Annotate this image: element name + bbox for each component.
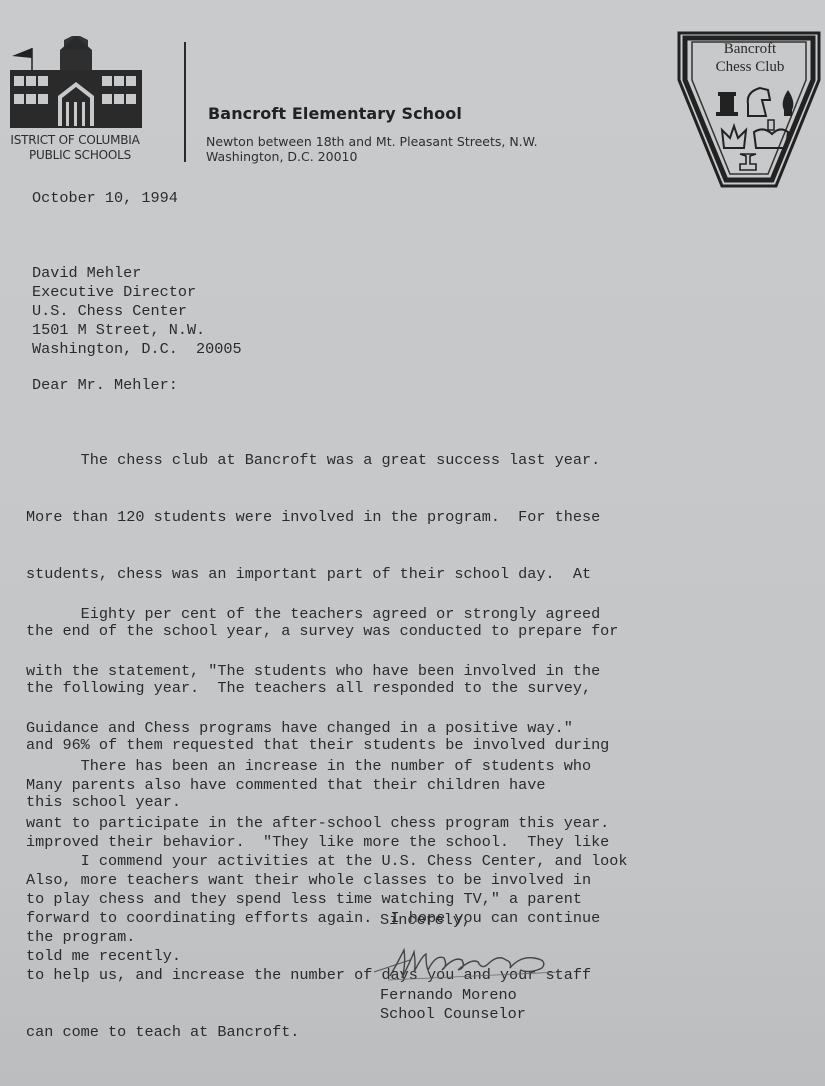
chess-club-title: Bancroft Chess Club — [692, 40, 808, 76]
paragraph-line: can come to teach at Bancroft. — [26, 1023, 816, 1042]
district-name: ISTRICT OF COLUMBIA PUBLIC SCHOOLS — [0, 133, 160, 163]
signature-icon — [370, 942, 570, 988]
badge-title-line-2: Chess Club — [692, 58, 808, 76]
paragraph-line: The chess club at Bancroft was a great s… — [26, 451, 816, 470]
letter-date: October 10, 1994 — [32, 189, 178, 207]
paragraph-line: I commend your activities at the U.S. Ch… — [26, 852, 816, 871]
closing: Sincerely, — [380, 911, 471, 929]
salutation: Dear Mr. Mehler: — [32, 376, 178, 394]
district-line-1: ISTRICT OF COLUMBIA — [0, 133, 160, 148]
paragraph-line: There has been an increase in the number… — [26, 757, 816, 776]
recipient-street: 1501 M Street, N.W. — [32, 321, 242, 340]
paragraph-line: with the statement, "The students who ha… — [26, 662, 816, 681]
recipient-address: David Mehler Executive Director U.S. Che… — [32, 264, 242, 359]
recipient-name: David Mehler — [32, 264, 242, 283]
recipient-title: Executive Director — [32, 283, 242, 302]
school-address-line-1: Newton between 18th and Mt. Pleasant Str… — [206, 134, 538, 149]
school-address-line-2: Washington, D.C. 20010 — [206, 149, 538, 164]
paragraph-line: More than 120 students were involved in … — [26, 508, 816, 527]
paragraph-line: Eighty per cent of the teachers agreed o… — [26, 605, 816, 624]
school-name: Bancroft Elementary School — [208, 104, 462, 123]
school-address: Newton between 18th and Mt. Pleasant Str… — [206, 134, 538, 164]
district-line-2: PUBLIC SCHOOLS — [29, 148, 131, 162]
signer-block: Fernando Moreno School Counselor — [380, 986, 526, 1024]
letterhead-divider — [184, 42, 186, 162]
signer-name: Fernando Moreno — [380, 986, 526, 1005]
recipient-organization: U.S. Chess Center — [32, 302, 242, 321]
recipient-city: Washington, D.C. 20005 — [32, 340, 242, 359]
badge-title-line-1: Bancroft — [692, 40, 808, 58]
letter-page: ISTRICT OF COLUMBIA PUBLIC SCHOOLS Bancr… — [0, 0, 825, 1086]
schoolhouse-icon — [4, 36, 144, 132]
signer-title: School Counselor — [380, 1005, 526, 1024]
